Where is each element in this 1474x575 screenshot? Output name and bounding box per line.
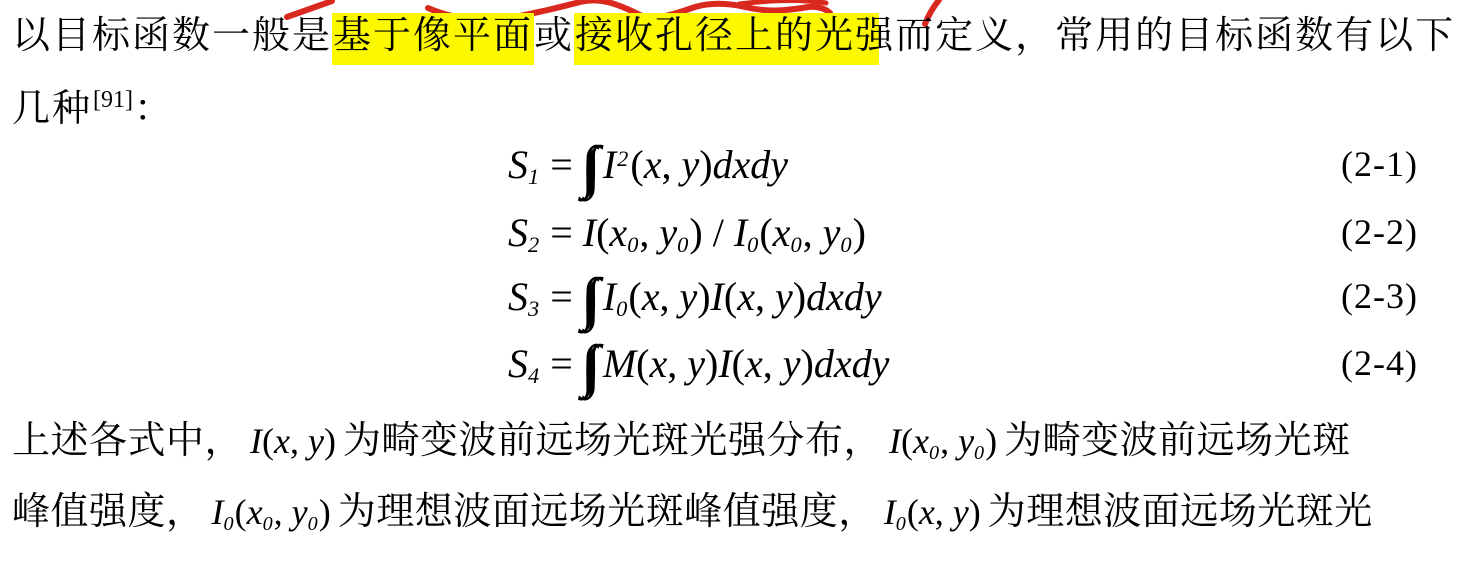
math-variable: I0 (884, 492, 907, 532)
math-variable: I0 (734, 210, 760, 255)
math-variable: I0 (603, 274, 629, 319)
math-variable: dxdy (713, 142, 789, 187)
math-symbol: ( (596, 210, 609, 255)
math-variable: x (745, 341, 763, 386)
math-symbol: ) (699, 142, 712, 187)
equation-formula: S1 = ∫∫I2(x, y)dxdy (508, 141, 788, 188)
math-variable: y0 (823, 210, 853, 255)
math-symbol: ( (262, 421, 274, 461)
equation-number: (2-1) (1341, 143, 1418, 185)
math-symbol: ( (759, 210, 772, 255)
math-variable: x (919, 492, 935, 532)
math-variable: y0 (292, 492, 319, 532)
math-symbol: , (667, 341, 687, 386)
math-symbol: , (803, 210, 823, 255)
math-symbol: / (703, 210, 734, 255)
math-symbol: ) (793, 274, 806, 319)
math-symbol: ) (319, 492, 331, 532)
math-symbol: , (940, 421, 958, 461)
math-variable: x0 (247, 492, 274, 532)
math-symbol: , (661, 142, 681, 187)
math-variable: I (718, 341, 731, 386)
math-variable: I0 (212, 492, 235, 532)
math-symbol: = (540, 274, 583, 319)
equation-number: (2-3) (1341, 275, 1418, 317)
math-symbol: ) (853, 210, 866, 255)
math-variable: y0 (659, 210, 689, 255)
math-symbol: ) (705, 341, 718, 386)
math-variable: y (687, 341, 705, 386)
math-variable: y (679, 274, 697, 319)
math-symbol: = (540, 341, 583, 386)
text-run: 为畸变波前远场光斑 (1004, 420, 1351, 462)
document-page: { "page": { "background": "#ffffff", "te… (0, 0, 1474, 575)
math-symbol: , (755, 274, 775, 319)
math-variable: y (953, 492, 969, 532)
math-variable: y (775, 274, 793, 319)
math-symbol: ) (969, 492, 981, 532)
math-variable: x (274, 421, 290, 461)
equation-row: S2 = I(x0, y0) / I0(x0, y0)(2-2) (508, 201, 1418, 263)
math-variable: x (737, 274, 755, 319)
math-variable: x0 (773, 210, 803, 255)
math-variable: I (583, 210, 596, 255)
paragraph2-line1: 上述各式中，I(x, y)为畸变波前远场光斑光强分布，I(x0, y0)为畸变波… (12, 416, 1351, 466)
math-variable: x (642, 274, 660, 319)
math-variable: dxdy (806, 274, 882, 319)
math-variable: y (783, 341, 801, 386)
math-symbol: , (274, 492, 292, 532)
math-symbol: ) (697, 274, 710, 319)
math-symbol: ( (724, 274, 737, 319)
math-variable: I (889, 421, 901, 461)
math-variable: x (649, 341, 667, 386)
equation-formula: S3 = ∫∫I0(x, y)I(x, y)dxdy (508, 273, 882, 320)
math-variable: x0 (609, 210, 639, 255)
text-run: 为理想波面远场光斑光 (988, 491, 1373, 533)
equation-number: (2-4) (1341, 342, 1418, 384)
math-symbol: ( (636, 341, 649, 386)
math-symbol: , (935, 492, 953, 532)
math-variable: S4 (508, 341, 540, 386)
math-symbol: ( (628, 274, 641, 319)
text-run: 上述各式中， (12, 420, 243, 462)
math-symbol: , (290, 421, 308, 461)
inline-math: I(x0, y0) (889, 421, 997, 461)
inline-math: I(x, y) (250, 421, 336, 461)
math-symbol: , (763, 341, 783, 386)
math-symbol: = (540, 210, 583, 255)
math-symbol: , (639, 210, 659, 255)
text-run: 为理想波面远场光斑峰值强度， (338, 491, 877, 533)
math-symbol: ( (235, 492, 247, 532)
math-variable: S3 (508, 274, 540, 319)
math-variable: I2 (603, 142, 631, 187)
math-variable: y0 (958, 421, 985, 461)
math-symbol: , (659, 274, 679, 319)
equation-formula: S2 = I(x0, y0) / I0(x0, y0) (508, 209, 866, 256)
math-symbol: ( (901, 421, 913, 461)
math-variable: x (644, 142, 662, 187)
math-variable: M (603, 341, 636, 386)
math-variable: I (250, 421, 262, 461)
math-symbol: ( (907, 492, 919, 532)
paragraph2-line2: 峰值强度，I0(x0, y0)为理想波面远场光斑峰值强度，I0(x, y)为理想… (12, 487, 1373, 537)
equation-row: S3 = ∫∫I0(x, y)I(x, y)dxdy(2-3) (508, 265, 1418, 327)
text-run: 峰值强度， (12, 491, 205, 533)
math-variable: S2 (508, 210, 540, 255)
math-variable: I (711, 274, 724, 319)
equation-number: (2-2) (1341, 211, 1418, 253)
inline-math: I0(x0, y0) (212, 492, 331, 532)
equation-row: S1 = ∫∫I2(x, y)dxdy(2-1) (508, 133, 1418, 195)
math-variable: y (681, 142, 699, 187)
math-variable: S1 (508, 142, 540, 187)
equation-row: S4 = ∫∫M(x, y)I(x, y)dxdy(2-4) (508, 332, 1418, 394)
text-run: 为畸变波前远场光斑光强分布， (343, 420, 882, 462)
math-symbol: ) (801, 341, 814, 386)
math-symbol: ) (689, 210, 702, 255)
equation-formula: S4 = ∫∫M(x, y)I(x, y)dxdy (508, 340, 889, 387)
math-variable: dxdy (814, 341, 890, 386)
math-variable: y (308, 421, 324, 461)
math-symbol: ( (732, 341, 745, 386)
math-symbol: ) (985, 421, 997, 461)
math-symbol: ( (630, 142, 643, 187)
math-symbol: = (540, 142, 583, 187)
inline-math: I0(x, y) (884, 492, 981, 532)
math-symbol: ) (324, 421, 336, 461)
math-variable: x0 (913, 421, 940, 461)
